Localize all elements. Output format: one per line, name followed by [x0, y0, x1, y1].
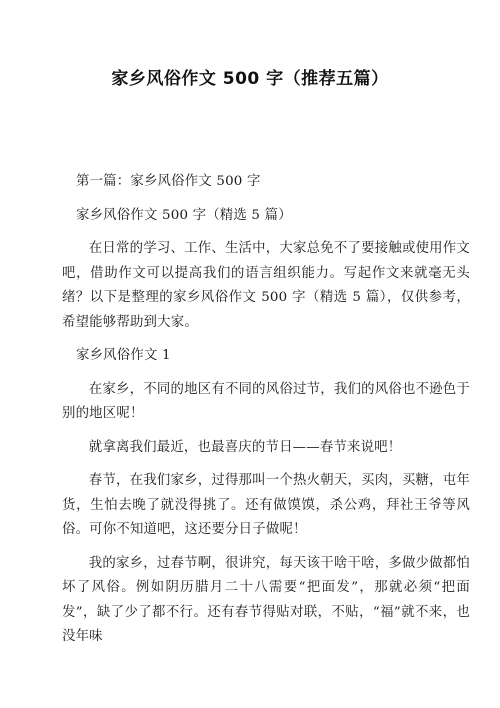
- essay-collection-heading: 家乡风俗作文 500 字（精选 5 篇）: [62, 204, 470, 229]
- body-paragraph: 就拿离我们最近，也最喜庆的节日——春节来说吧！: [62, 436, 470, 461]
- document-title: 家乡风俗作文 500 字（推荐五篇）: [0, 64, 500, 89]
- essay-heading: 家乡风俗作文 1: [62, 344, 470, 369]
- intro-paragraph: 在日常的学习、工作、生活中，大家总免不了要接触或使用作文吧，借助作文可以提高我们…: [62, 237, 470, 335]
- section-heading: 第一篇：家乡风俗作文 500 字: [62, 170, 470, 195]
- body-paragraph: 春节，在我们家乡，过得那叫一个热火朝天，买肉，买糖，屯年货，生怕去晚了就没得挑了…: [62, 469, 470, 543]
- body-paragraph: 在家乡，不同的地区有不同的风俗过节，我们的风俗也不逊色于别的地区呢！: [62, 378, 470, 427]
- body-paragraph: 我的家乡，过春节啊，很讲究，每天该干啥干啥，多做少做都怕坏了风俗。例如阴历腊月二…: [62, 552, 470, 650]
- document-body: 第一篇：家乡风俗作文 500 字 家乡风俗作文 500 字（精选 5 篇） 在日…: [62, 170, 470, 659]
- document-page: 家乡风俗作文 500 字（推荐五篇） 第一篇：家乡风俗作文 500 字 家乡风俗…: [0, 0, 500, 708]
